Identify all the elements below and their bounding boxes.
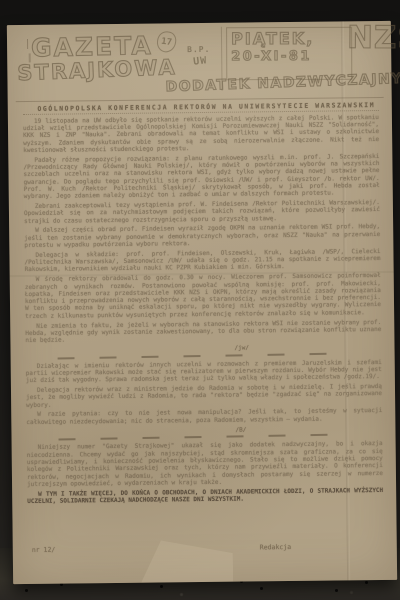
article-body: OGÓLNOPOLSKA KONFERENCJA REKTORÓW NA UNI… bbox=[23, 102, 384, 508]
editorial-signature: Redakcja bbox=[260, 543, 291, 551]
paragraph: Niniejszy numer "Gazety Strajkowej" ukaz… bbox=[27, 440, 383, 488]
paragraph: Delegacja w składzie: prof. prof. Findei… bbox=[24, 248, 380, 274]
issue-number-badge: 17 bbox=[156, 30, 178, 53]
closing-announcement: W TYM I TAKŻE WIĘCEJ, DO KOŃCA O OBCHODA… bbox=[27, 487, 383, 506]
masthead-title-line2: Strajkowa bbox=[17, 57, 177, 84]
date-value: 20-XI-81 bbox=[231, 50, 347, 64]
paragraph: 19 listopada na UW odbyło się spotkanie … bbox=[23, 114, 379, 155]
masthead: Gazeta 17 B.P. UW Strajkowa Piątek, 20-X… bbox=[15, 25, 386, 103]
paragraph: Zebrani zaakceptowali tezy wystąpienia p… bbox=[24, 199, 380, 225]
masthead-org-bp: B.P. bbox=[187, 45, 210, 54]
masthead-subtitle: Dodatek nadzwyczajny bbox=[165, 72, 400, 94]
paragraph: Nie zmienia to faktu, że jeżeli w wybora… bbox=[25, 318, 381, 344]
article-headline: OGÓLNOPOLSKA KONFERENCJA REKTORÓW NA UNI… bbox=[23, 102, 379, 115]
issue-footnote: nr 12/ bbox=[32, 546, 56, 554]
masthead-org-nzs: NZS bbox=[347, 23, 400, 54]
masthead-org-uw: UW bbox=[193, 55, 208, 68]
bottom-corner-fold bbox=[141, 540, 233, 583]
paragraph: W środę rektorzy obradowali do godz. 0.3… bbox=[25, 272, 381, 320]
paragraph: Delegacja rektorów wraz z ministrem jedz… bbox=[26, 383, 382, 409]
date-box: Piątek, 20-XI-81 bbox=[226, 27, 352, 81]
date-weekday: Piątek, bbox=[231, 31, 347, 48]
paragraph: Działając w imieniu rektorów innych ucze… bbox=[26, 359, 382, 385]
paragraph: Padały różne propozycje rozwiązania: z p… bbox=[23, 153, 379, 201]
paragraph: W razie pytania: czy to nie jest nowa ma… bbox=[26, 407, 382, 426]
paragraph: W dalszej części obrad prof. Findeisen w… bbox=[24, 223, 380, 249]
imprint-row: nr 12/ Redakcja bbox=[28, 542, 384, 546]
newspaper-sheet: Gazeta 17 B.P. UW Strajkowa Piątek, 20-X… bbox=[7, 21, 397, 584]
